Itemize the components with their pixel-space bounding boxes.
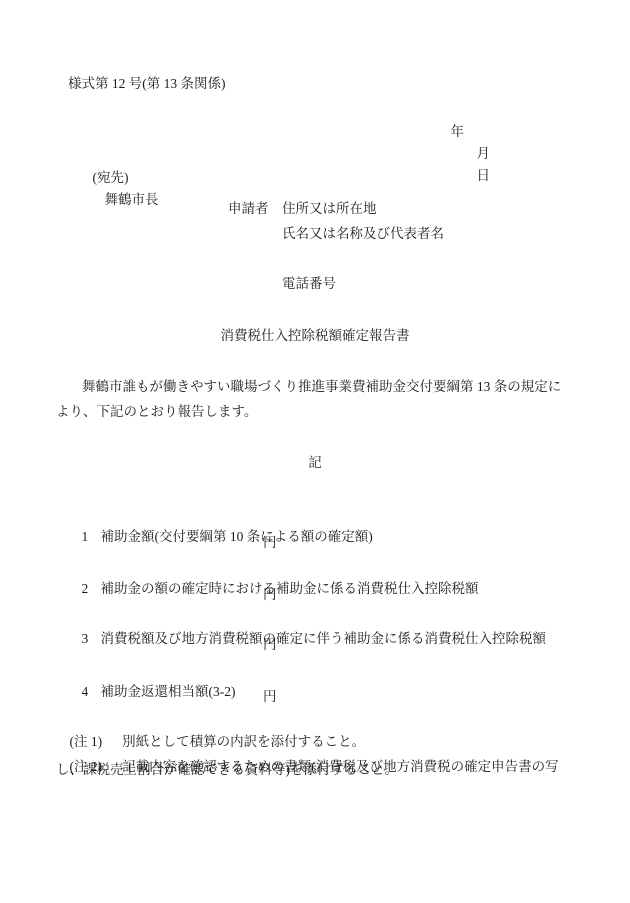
- item-4-unit: 円: [263, 686, 277, 708]
- date-month-label: 月: [477, 143, 491, 165]
- form-number: 様式第 12 号(第 13 条関係): [68, 73, 226, 95]
- body-paragraph-line2: より、下記のとおり報告します。: [56, 401, 257, 423]
- addressee-name: 舞鶴市長: [105, 189, 159, 211]
- note-2-continuation: し、課税売上割合が確認できる資料等)を添付すること。: [56, 759, 398, 781]
- item-4-label: 補助金返還相当額(3-2): [101, 684, 236, 699]
- applicant-phone-label: 電話番号: [282, 273, 336, 295]
- item-2-unit: 円: [263, 584, 277, 606]
- addressee-label: (宛先): [93, 170, 129, 185]
- item-1-label: 補助金額(交付要綱第 10 条による額の確定額): [101, 529, 373, 544]
- document-page: 様式第 12 号(第 13 条関係) 年 月 日 (宛先) 舞鶴市長 申請者 住…: [0, 0, 630, 903]
- item-2-number: 2: [82, 578, 101, 600]
- item-1-unit: 円: [263, 532, 277, 554]
- item-3-label: 消費税額及び地方消費税額の確定に伴う補助金に係る消費税仕入控除税額: [101, 631, 547, 646]
- item-1-number: 1: [82, 526, 101, 548]
- item-4-number: 4: [82, 681, 101, 703]
- item-2-label: 補助金の額の確定時における補助金に係る消費税仕入控除税額: [101, 581, 479, 596]
- addressee-line: (宛先) 舞鶴市長: [79, 145, 159, 233]
- date-line: 年 月 日: [437, 99, 490, 209]
- body-paragraph-line1: 舞鶴市誰もが働きやすい職場づくり推進事業費補助金交付要綱第 13 条の規定に: [82, 376, 561, 398]
- date-year-label: 年: [451, 124, 465, 139]
- applicant-address-label: 住所又は所在地: [282, 198, 377, 220]
- item-3-number: 3: [82, 628, 101, 650]
- section-marker: 記: [0, 452, 630, 474]
- document-title: 消費税仕入控除税額確定報告書: [0, 325, 630, 347]
- applicant-label: 申請者: [228, 198, 269, 220]
- item-3-unit: 円: [263, 634, 277, 656]
- applicant-name-label: 氏名又は名称及び代表者名: [282, 223, 444, 245]
- date-day-label: 日: [477, 165, 491, 187]
